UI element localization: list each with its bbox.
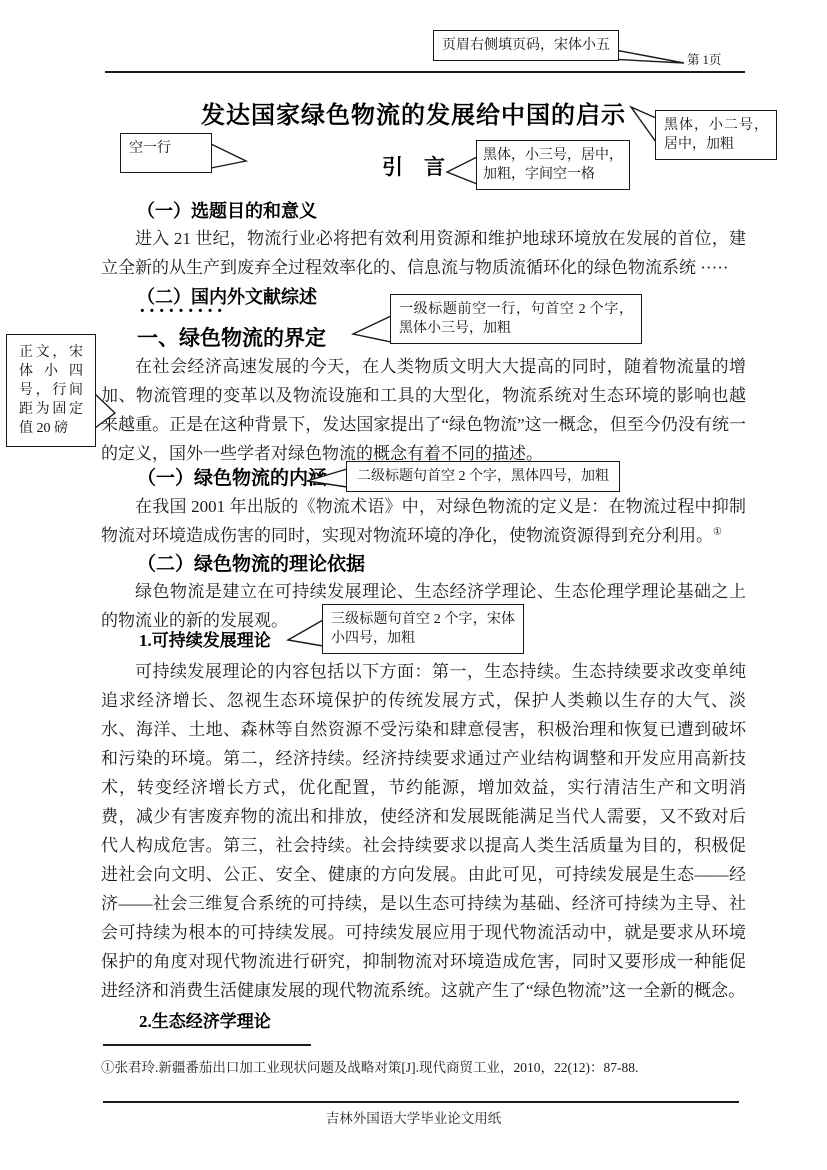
callout-h1-note: 一级标题前空一行，句首空 2 个字，黑体小三号，加粗 — [390, 294, 642, 344]
heading-level2-theory-basis: （二）绿色物流的理论依据 — [137, 549, 365, 576]
footnote: ①张君玲.新疆番茄出口加工业现状问题及战略对策[J].现代商贸工业，2010，2… — [101, 1056, 638, 1076]
paragraph-3: 在我国 2001 年出版的《物流术语》中，对绿色物流的定义是：在物流过程中抑制物… — [101, 492, 746, 550]
callout-intro-note: 黑体，小三号，居中，加粗，字间空一格 — [476, 140, 630, 190]
document-page: 页眉右侧填页码，宋体小五 第 1页 发达国家绿色物流的发展给中国的启示 黑体，小… — [0, 0, 827, 1170]
heading-level3-eco-economics: 2.生态经济学理论 — [139, 1007, 271, 1032]
callout-blank-line-note: 空一行 — [120, 133, 212, 173]
callout-tail-h1 — [353, 316, 391, 342]
callout-h3-note: 三级标题句首空 2 个字，宋体小四号，加粗 — [322, 604, 524, 654]
header-rule — [105, 71, 745, 73]
heading-topic-purpose: （一）选题目的和意义 — [137, 197, 317, 223]
callout-body-note: 正文，宋体小四号，行间距为固定值 20 磅 — [6, 334, 96, 447]
footnote-reference: ① — [713, 526, 722, 537]
paragraph-1: 进入 21 世纪，物流行业必将把有效利用资源和维护地球环境放在发展的首位，建立全… — [101, 224, 746, 282]
heading-level1-definition: 一、绿色物流的界定 — [137, 322, 326, 352]
paragraph-5: 可持续发展理论的内容包括以下方面：第一，生态持续。生态持续要求改变单纯追求经济增… — [101, 657, 746, 1005]
ellipsis-row: ········· — [139, 300, 226, 323]
paragraph-3-text: 在我国 2001 年出版的《物流术语》中，对绿色物流的定义是：在物流过程中抑制物… — [101, 497, 746, 545]
callout-h2-note: 二级标题句首空 2 个字，黑体四号，加粗 — [346, 461, 620, 492]
callout-title-note: 黑体，小二号，居中，加粗 — [655, 110, 777, 160]
heading-level3-sustainable-development: 1.可持续发展理论 — [139, 626, 271, 651]
footer-rule — [103, 1101, 739, 1103]
callout-header-note: 页眉右侧填页码，宋体小五 — [433, 30, 619, 61]
page-number: 第 1页 — [687, 50, 721, 68]
heading-level2-connotation: （一）绿色物流的内涵 — [137, 463, 327, 490]
paragraph-2: 在社会经济高速发展的今天，在人类物质文明大大提高的同时，随着物流量的增加、物流管… — [101, 352, 746, 468]
footer-paper-name: 吉林外国语大学毕业论文用纸 — [0, 1107, 827, 1127]
footnote-separator — [103, 1044, 311, 1046]
